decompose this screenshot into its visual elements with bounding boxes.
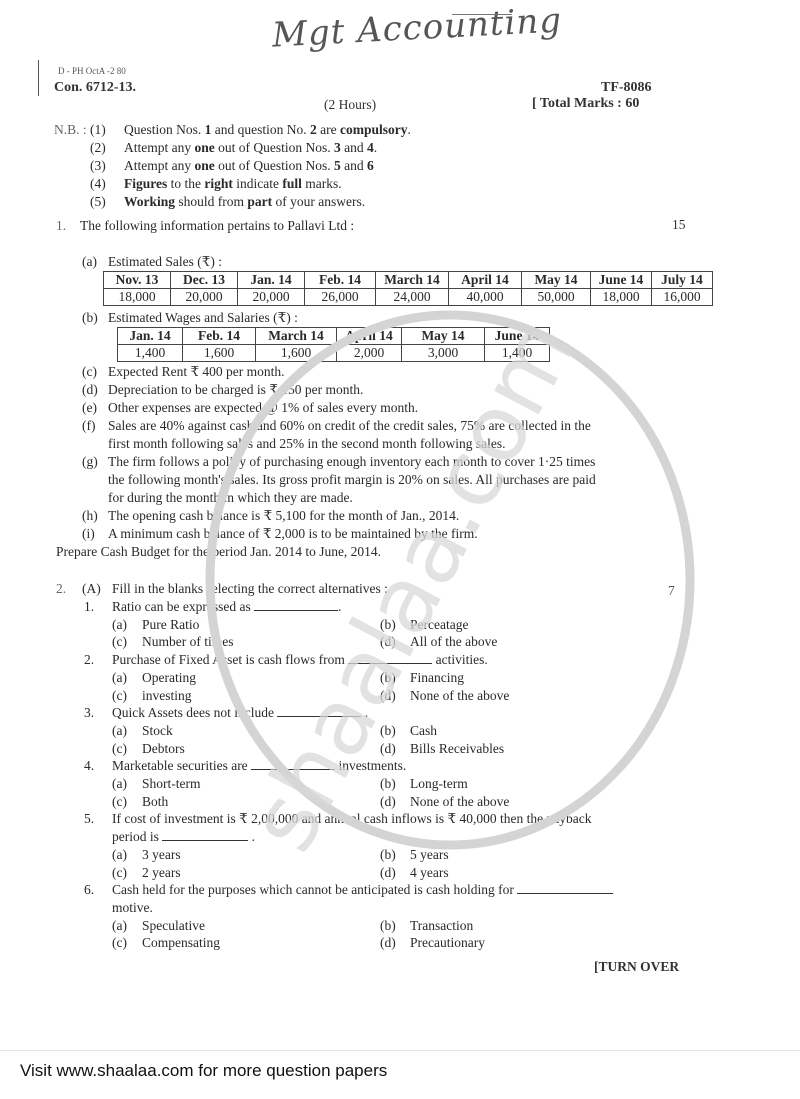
mcq-stem-end: activities. bbox=[432, 652, 487, 667]
condition-line: (h)The opening cash balance is ₹ 5,100 f… bbox=[82, 507, 596, 525]
estimated-sales-table: Nov. 13Dec. 13Jan. 14Feb. 14March 14Apri… bbox=[103, 271, 713, 306]
option-label: (b) bbox=[380, 775, 410, 793]
instruction-number: (2) bbox=[90, 139, 124, 157]
mcq-option[interactable]: (b)5 years bbox=[380, 846, 630, 864]
handwritten-underline bbox=[452, 14, 512, 15]
wages-title: Estimated Wages and Salaries (₹) : bbox=[108, 310, 298, 325]
mcq-option[interactable]: (d)Bills Receivables bbox=[380, 740, 630, 758]
option-label: (d) bbox=[380, 740, 410, 758]
wages-section: (b)Estimated Wages and Salaries (₹) : bbox=[82, 309, 298, 327]
table-cell: 24,000 bbox=[376, 289, 449, 306]
mcq-option[interactable]: (b)Long-term bbox=[380, 775, 630, 793]
instructions-label bbox=[54, 175, 90, 193]
mcq-number: 2. bbox=[84, 651, 112, 669]
answer-blank bbox=[254, 598, 338, 611]
table-row: 1,4001,6001,6002,0003,0001,400 bbox=[118, 345, 550, 362]
mcq-options: (a)Speculative(b)Transaction(c)Compensat… bbox=[84, 917, 630, 952]
mcq-option[interactable]: (d)4 years bbox=[380, 864, 630, 882]
answer-blank bbox=[251, 757, 335, 770]
instructions-label: N.B. : bbox=[54, 121, 90, 139]
mcq-options: (a)3 years(b)5 years(c)2 years(d)4 years bbox=[84, 846, 630, 881]
instruction-number: (5) bbox=[90, 193, 124, 211]
option-text: Transaction bbox=[410, 918, 473, 933]
task-instruction: Prepare Cash Budget for the period Jan. … bbox=[56, 543, 596, 561]
option-text: Precautionary bbox=[410, 935, 485, 950]
mcq-stem-end: investments. bbox=[335, 758, 406, 773]
mcq-stem: Marketable securities are bbox=[112, 758, 251, 773]
column-header: June 14 bbox=[485, 328, 550, 345]
option-text: None of the above bbox=[410, 688, 509, 703]
handwritten-subject-title: Mgt Accounting bbox=[271, 0, 563, 55]
option-text: 5 years bbox=[410, 847, 449, 862]
mcq-question: 1.Ratio can be expressed as . bbox=[84, 598, 630, 616]
column-header: Jan. 14 bbox=[118, 328, 183, 345]
mcq-number: 6. bbox=[84, 881, 112, 899]
table-cell: 20,000 bbox=[238, 289, 305, 306]
question-text: Fill in the blanks selecting the correct… bbox=[112, 581, 388, 596]
item-label: (i) bbox=[82, 525, 108, 543]
item-label: (g) bbox=[82, 453, 108, 471]
paper-code: D - PH OctA -2 80 bbox=[58, 66, 126, 76]
item-label: (a) bbox=[82, 253, 108, 271]
table-cell: 1,600 bbox=[183, 345, 256, 362]
option-text: Pure Ratio bbox=[142, 617, 199, 632]
item-label: (b) bbox=[82, 309, 108, 327]
column-header: Feb. 14 bbox=[183, 328, 256, 345]
mcq-option[interactable]: (c)Debtors bbox=[112, 740, 380, 758]
option-text: Cash bbox=[410, 723, 437, 738]
question-2-heading: 2.(A)Fill in the blanks selecting the co… bbox=[56, 580, 388, 598]
condition-line: (d)Depreciation to be charged is ₹ 150 p… bbox=[82, 381, 596, 399]
table-header-row: Jan. 14Feb. 14March 14April 14May 14June… bbox=[118, 328, 550, 345]
footer-link-text[interactable]: Visit www.shaalaa.com for more question … bbox=[20, 1061, 387, 1081]
mcq-question: 2.Purchase of Fixed Asset is cash flows … bbox=[84, 651, 630, 669]
instruction-item: (5)Working should from part of your answ… bbox=[54, 193, 411, 211]
question-2-marks: 7 bbox=[668, 583, 675, 599]
option-label: (d) bbox=[380, 633, 410, 651]
mcq-list: 1.Ratio can be expressed as .(a)Pure Rat… bbox=[84, 598, 630, 952]
instruction-item: N.B. :(1)Question Nos. 1 and question No… bbox=[54, 121, 411, 139]
instructions-label bbox=[54, 157, 90, 175]
option-label: (c) bbox=[112, 864, 142, 882]
option-text: Operating bbox=[142, 670, 196, 685]
table-cell: 40,000 bbox=[449, 289, 522, 306]
question-number: 1. bbox=[56, 217, 80, 235]
item-label: (e) bbox=[82, 399, 108, 417]
mcq-stem: If cost of investment is ₹ 2,00,000 and … bbox=[112, 811, 591, 826]
condition-line: (i)A minimum cash balance of ₹ 2,000 is … bbox=[82, 525, 596, 543]
option-text: Long-term bbox=[410, 776, 468, 791]
mcq-question: 5.If cost of investment is ₹ 2,00,000 an… bbox=[84, 810, 630, 828]
option-label: (c) bbox=[112, 687, 142, 705]
option-label: (a) bbox=[112, 669, 142, 687]
instruction-item: (3)Attempt any one out of Question Nos. … bbox=[54, 157, 411, 175]
mcq-stem-text: motive. bbox=[112, 900, 153, 915]
instruction-text: Question Nos. 1 and question No. 2 are c… bbox=[124, 121, 411, 139]
instruction-text: Attempt any one out of Question Nos. 3 a… bbox=[124, 139, 377, 157]
condition-line: the following month's sales. Its gross p… bbox=[82, 471, 596, 489]
option-label: (c) bbox=[112, 740, 142, 758]
mcq-option[interactable]: (b)Transaction bbox=[380, 917, 630, 935]
mcq-option[interactable]: (c)Number of times bbox=[112, 633, 380, 651]
option-label: (d) bbox=[380, 934, 410, 952]
wages-salaries-table: Jan. 14Feb. 14March 14April 14May 14June… bbox=[117, 327, 550, 362]
mcq-option[interactable]: (d)None of the above bbox=[380, 687, 630, 705]
mcq-question: 6.Cash held for the purposes which canno… bbox=[84, 881, 630, 899]
column-header: June 14 bbox=[591, 272, 652, 289]
option-text: 3 years bbox=[142, 847, 181, 862]
mcq-stem: Quick Assets dees not include bbox=[112, 705, 277, 720]
mcq-option[interactable]: (c)Both bbox=[112, 793, 380, 811]
column-header: March 14 bbox=[376, 272, 449, 289]
condition-text: The opening cash balance is ₹ 5,100 for … bbox=[108, 508, 459, 523]
condition-text: the following month's sales. Its gross p… bbox=[108, 472, 596, 487]
option-label: (b) bbox=[380, 722, 410, 740]
option-label: (c) bbox=[112, 934, 142, 952]
column-header: May 14 bbox=[402, 328, 485, 345]
mcq-options: (a)Pure Ratio(b)Perceatage(c)Number of t… bbox=[84, 616, 630, 651]
option-text: Perceatage bbox=[410, 617, 468, 632]
answer-blank bbox=[517, 881, 613, 894]
option-text: investing bbox=[142, 688, 192, 703]
instruction-item: (4)Figures to the right indicate full ma… bbox=[54, 175, 411, 193]
instruction-text: Working should from part of your answers… bbox=[124, 193, 365, 211]
mcq-option[interactable]: (a)Pure Ratio bbox=[112, 616, 380, 634]
mcq-option[interactable]: (c)2 years bbox=[112, 864, 380, 882]
mcq-stem: Purchase of Fixed Asset is cash flows fr… bbox=[112, 652, 348, 667]
condition-line: (e)Other expenses are expected @ 1% of s… bbox=[82, 399, 596, 417]
mcq-number: 5. bbox=[84, 810, 112, 828]
mcq-stem-end: . bbox=[338, 599, 341, 614]
option-label: (b) bbox=[380, 846, 410, 864]
item-label: (d) bbox=[82, 381, 108, 399]
option-label: (d) bbox=[380, 687, 410, 705]
footer-divider bbox=[0, 1050, 800, 1051]
mcq-option[interactable]: (a)Stock bbox=[112, 722, 380, 740]
table-header-row: Nov. 13Dec. 13Jan. 14Feb. 14March 14Apri… bbox=[104, 272, 713, 289]
total-marks: [ Total Marks : 60 bbox=[532, 96, 639, 112]
table-cell: 16,000 bbox=[652, 289, 713, 306]
mcq-option[interactable]: (a)Short-term bbox=[112, 775, 380, 793]
table-cell: 3,000 bbox=[402, 345, 485, 362]
question-part: (A) bbox=[82, 580, 112, 598]
mcq-option[interactable]: (b)Perceatage bbox=[380, 616, 630, 634]
question-1-points: (c)Expected Rent ₹ 400 per month.(d)Depr… bbox=[82, 363, 596, 561]
table-cell: 1,600 bbox=[256, 345, 337, 362]
table-cell: 26,000 bbox=[305, 289, 376, 306]
condition-text: The firm follows a policy of purchasing … bbox=[108, 454, 595, 469]
option-label: (a) bbox=[112, 917, 142, 935]
condition-line: (g)The firm follows a policy of purchasi… bbox=[82, 453, 596, 471]
instructions-label bbox=[54, 139, 90, 157]
option-label: (c) bbox=[112, 793, 142, 811]
answer-blank bbox=[162, 828, 248, 841]
condition-text: Other expenses are expected @ 1% of sale… bbox=[108, 400, 418, 415]
mcq-options: (a)Operating(b)Financing(c)investing(d)N… bbox=[84, 669, 630, 704]
mcq-question: 4.Marketable securities are investments. bbox=[84, 757, 630, 775]
condition-text: Expected Rent ₹ 400 per month. bbox=[108, 364, 285, 379]
column-header: Dec. 13 bbox=[171, 272, 238, 289]
column-header: March 14 bbox=[256, 328, 337, 345]
option-label: (d) bbox=[380, 864, 410, 882]
scan-margin-mark bbox=[38, 60, 39, 96]
mcq-stem-end: . bbox=[361, 705, 368, 720]
instructions: N.B. :(1)Question Nos. 1 and question No… bbox=[54, 121, 411, 211]
question-number: 2. bbox=[56, 580, 82, 598]
paper-id: TF-8086 bbox=[601, 80, 652, 96]
condition-text: first month following sales and 25% in t… bbox=[108, 436, 505, 451]
answer-blank bbox=[277, 704, 361, 717]
condition-text: A minimum cash balance of ₹ 2,000 is to … bbox=[108, 526, 478, 541]
option-text: 4 years bbox=[410, 865, 449, 880]
instructions-label bbox=[54, 193, 90, 211]
mcq-option[interactable]: (d)None of the above bbox=[380, 793, 630, 811]
option-text: Bills Receivables bbox=[410, 741, 504, 756]
column-header: July 14 bbox=[652, 272, 713, 289]
condition-text: Sales are 40% against cash and 60% on cr… bbox=[108, 418, 591, 433]
option-text: All of the above bbox=[410, 634, 497, 649]
mcq-number: 4. bbox=[84, 757, 112, 775]
option-text: Speculative bbox=[142, 918, 205, 933]
table-cell: 20,000 bbox=[171, 289, 238, 306]
mcq-stem-continuation: motive. bbox=[84, 899, 630, 917]
option-label: (d) bbox=[380, 793, 410, 811]
con-number: Con. 6712-13. bbox=[54, 80, 136, 96]
option-label: (a) bbox=[112, 616, 142, 634]
mcq-options: (a)Short-term(b)Long-term(c)Both(d)None … bbox=[84, 775, 630, 810]
mcq-stem: Cash held for the purposes which cannot … bbox=[112, 882, 514, 897]
option-text: Short-term bbox=[142, 776, 201, 791]
turn-over-label: [TURN OVER bbox=[594, 959, 679, 975]
mcq-stem-continuation: period is . bbox=[84, 828, 630, 846]
condition-line: (c)Expected Rent ₹ 400 per month. bbox=[82, 363, 596, 381]
option-label: (b) bbox=[380, 616, 410, 634]
column-header: May 14 bbox=[522, 272, 591, 289]
condition-text: Depreciation to be charged is ₹ 150 per … bbox=[108, 382, 363, 397]
mcq-option[interactable]: (d)Precautionary bbox=[380, 934, 630, 952]
column-header: Jan. 14 bbox=[238, 272, 305, 289]
option-label: (b) bbox=[380, 917, 410, 935]
column-header: April 14 bbox=[449, 272, 522, 289]
mcq-options: (a)Stock(b)Cash(c)Debtors(d)Bills Receiv… bbox=[84, 722, 630, 757]
sales-section: (a)Estimated Sales (₹) : bbox=[82, 253, 222, 271]
table-cell: 2,000 bbox=[337, 345, 402, 362]
question-text: The following information pertains to Pa… bbox=[80, 218, 354, 233]
table-cell: 18,000 bbox=[104, 289, 171, 306]
instruction-text: Attempt any one out of Question Nos. 5 a… bbox=[124, 157, 374, 175]
column-header: Feb. 14 bbox=[305, 272, 376, 289]
mcq-number: 3. bbox=[84, 704, 112, 722]
table-cell: 18,000 bbox=[591, 289, 652, 306]
question-1-heading: 1.The following information pertains to … bbox=[56, 217, 354, 235]
condition-line: for during the month in which they are m… bbox=[82, 489, 596, 507]
mcq-stem-text: period is bbox=[112, 829, 162, 844]
mcq-option[interactable]: (a)3 years bbox=[112, 846, 380, 864]
option-text: None of the above bbox=[410, 794, 509, 809]
mcq-question: 3.Quick Assets dees not include . bbox=[84, 704, 630, 722]
option-text: Financing bbox=[410, 670, 464, 685]
option-text: 2 years bbox=[142, 865, 181, 880]
mcq-option[interactable]: (a)Operating bbox=[112, 669, 380, 687]
option-label: (b) bbox=[380, 669, 410, 687]
mcq-option[interactable]: (a)Speculative bbox=[112, 917, 380, 935]
table-cell: 1,400 bbox=[118, 345, 183, 362]
instruction-number: (1) bbox=[90, 121, 124, 139]
option-label: (a) bbox=[112, 722, 142, 740]
mcq-option[interactable]: (d)All of the above bbox=[380, 633, 630, 651]
condition-line: first month following sales and 25% in t… bbox=[82, 435, 596, 453]
answer-blank bbox=[348, 651, 432, 664]
mcq-option[interactable]: (c)Compensating bbox=[112, 934, 380, 952]
question-1-marks: 15 bbox=[672, 217, 686, 233]
mcq-option[interactable]: (b)Financing bbox=[380, 669, 630, 687]
instruction-item: (2)Attempt any one out of Question Nos. … bbox=[54, 139, 411, 157]
instruction-number: (3) bbox=[90, 157, 124, 175]
item-label: (c) bbox=[82, 363, 108, 381]
mcq-stem: Ratio can be expressed as bbox=[112, 599, 254, 614]
condition-text: for during the month in which they are m… bbox=[108, 490, 353, 505]
condition-line: (f)Sales are 40% against cash and 60% on… bbox=[82, 417, 596, 435]
exam-duration: (2 Hours) bbox=[324, 97, 376, 113]
item-label: (h) bbox=[82, 507, 108, 525]
column-header: April 14 bbox=[337, 328, 402, 345]
mcq-number: 1. bbox=[84, 598, 112, 616]
mcq-option[interactable]: (c)investing bbox=[112, 687, 380, 705]
mcq-option[interactable]: (b)Cash bbox=[380, 722, 630, 740]
instruction-text: Figures to the right indicate full marks… bbox=[124, 175, 342, 193]
option-label: (a) bbox=[112, 775, 142, 793]
table-row: 18,00020,00020,00026,00024,00040,00050,0… bbox=[104, 289, 713, 306]
sales-title: Estimated Sales (₹) : bbox=[108, 254, 222, 269]
option-label: (a) bbox=[112, 846, 142, 864]
item-label: (f) bbox=[82, 417, 108, 435]
option-label: (c) bbox=[112, 633, 142, 651]
option-text: Compensating bbox=[142, 935, 220, 950]
option-text: Debtors bbox=[142, 741, 185, 756]
table-cell: 1,400 bbox=[485, 345, 550, 362]
table-cell: 50,000 bbox=[522, 289, 591, 306]
column-header: Nov. 13 bbox=[104, 272, 171, 289]
option-text: Stock bbox=[142, 723, 173, 738]
instruction-number: (4) bbox=[90, 175, 124, 193]
option-text: Number of times bbox=[142, 634, 233, 649]
option-text: Both bbox=[142, 794, 168, 809]
